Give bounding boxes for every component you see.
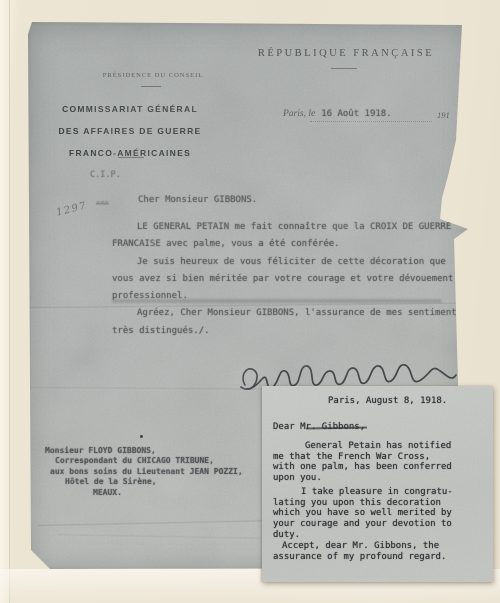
ink-smudge-strike xyxy=(112,299,442,303)
typed-strikeout-marks: xxx xyxy=(96,199,109,207)
letterhead-org-line: DES AFFAIRES DE GUERRE xyxy=(44,120,216,142)
card-line: upon you. xyxy=(273,473,452,484)
letterhead-presidence: PRÉSIDENCE DU CONSEIL xyxy=(78,72,228,79)
card-line: which you have so well merited by xyxy=(273,508,453,519)
letter-line: Je suis heureux de vous féliciter de cet… xyxy=(112,257,500,274)
handwritten-number: 1297 xyxy=(55,200,88,218)
year-stub: 191 xyxy=(437,110,450,120)
card-dateline: Paris, August 8, 1918. xyxy=(328,396,447,406)
letterhead-republique: RÉPUBLIQUE FRANÇAISE xyxy=(246,48,446,59)
address-line: Hôtel de la Sirène, xyxy=(65,477,243,487)
dateline: Paris, le16 Août 1918. xyxy=(283,109,392,119)
letterhead-org-line: COMMISSARIAT GÉNÉRAL xyxy=(44,98,216,120)
letterhead-org: COMMISSARIAT GÉNÉRAL DES AFFAIRES DE GUE… xyxy=(44,98,216,164)
letterhead-org-line: FRANCO-AMÉRICAINES xyxy=(44,142,216,164)
card-line: with one palm, has been conferred xyxy=(273,462,452,473)
address-line: aux bons soins du Lieutenant JEAN POZZI, xyxy=(50,467,243,477)
card-line: me that the French War Cross, xyxy=(273,452,452,463)
address-line: Monsieur FLOYD GIBBONS, xyxy=(45,446,243,456)
card-line: General Petain has notified xyxy=(273,441,452,452)
photo-left-edge xyxy=(0,0,10,603)
card-line: your courage and your devotion to xyxy=(273,519,453,530)
divider xyxy=(331,68,357,69)
card-line: duty. xyxy=(273,530,453,541)
recipient-address: Monsieur FLOYD GIBBONS, Correspondant du… xyxy=(45,446,243,498)
card-salutation: Dear Mr. Gibbons, xyxy=(273,422,365,432)
letter-line: Agréez, Cher Monsieur GIBBONS, l'assuran… xyxy=(112,308,500,325)
address-line: Correspondant du CHICAGO TRIBUNE, xyxy=(55,456,243,466)
card-line: assurance of my profound regard. xyxy=(273,552,446,563)
divider xyxy=(141,86,161,87)
photograph-of-letter: PRÉSIDENCE DU CONSEIL COMMISSARIAT GÉNÉR… xyxy=(0,0,500,603)
card-line: I take pleasure in congratu- xyxy=(273,487,453,498)
divider xyxy=(118,157,144,158)
card-paragraph: General Petain has notified me that the … xyxy=(273,441,452,484)
card-paragraph: Accept, dear Mr. Gibbons, the assurance … xyxy=(273,541,446,562)
card-paragraph: I take pleasure in congratu- lating you … xyxy=(273,487,453,541)
typed-date: 16 Août 1918. xyxy=(321,109,391,119)
letter-line: LE GENERAL PETAIN me fait connaître que … xyxy=(112,222,500,239)
salutation: Cher Monsieur GIBBONS. xyxy=(138,195,257,205)
letter-line: FRANCAISE avec palme, vous a été conféré… xyxy=(112,239,500,256)
reference-code: C.I.P. xyxy=(90,170,121,180)
date-rule xyxy=(310,121,432,122)
translation-card: Paris, August 8, 1918. Dear Mr. Gibbons,… xyxy=(262,386,493,582)
ink-dot xyxy=(140,435,143,438)
letter-line: vous avez si bien méritée par votre cour… xyxy=(112,274,500,291)
letter-body: LE GENERAL PETAIN me fait connaître que … xyxy=(112,222,500,343)
dateline-place: Paris, le xyxy=(283,109,315,119)
address-line: MEAUX. xyxy=(93,488,243,498)
card-salutation-struck-name: Gibbons, xyxy=(322,422,365,432)
card-line: lating you upon this decoration xyxy=(273,498,453,509)
card-line: Accept, dear Mr. Gibbons, the xyxy=(273,541,446,552)
